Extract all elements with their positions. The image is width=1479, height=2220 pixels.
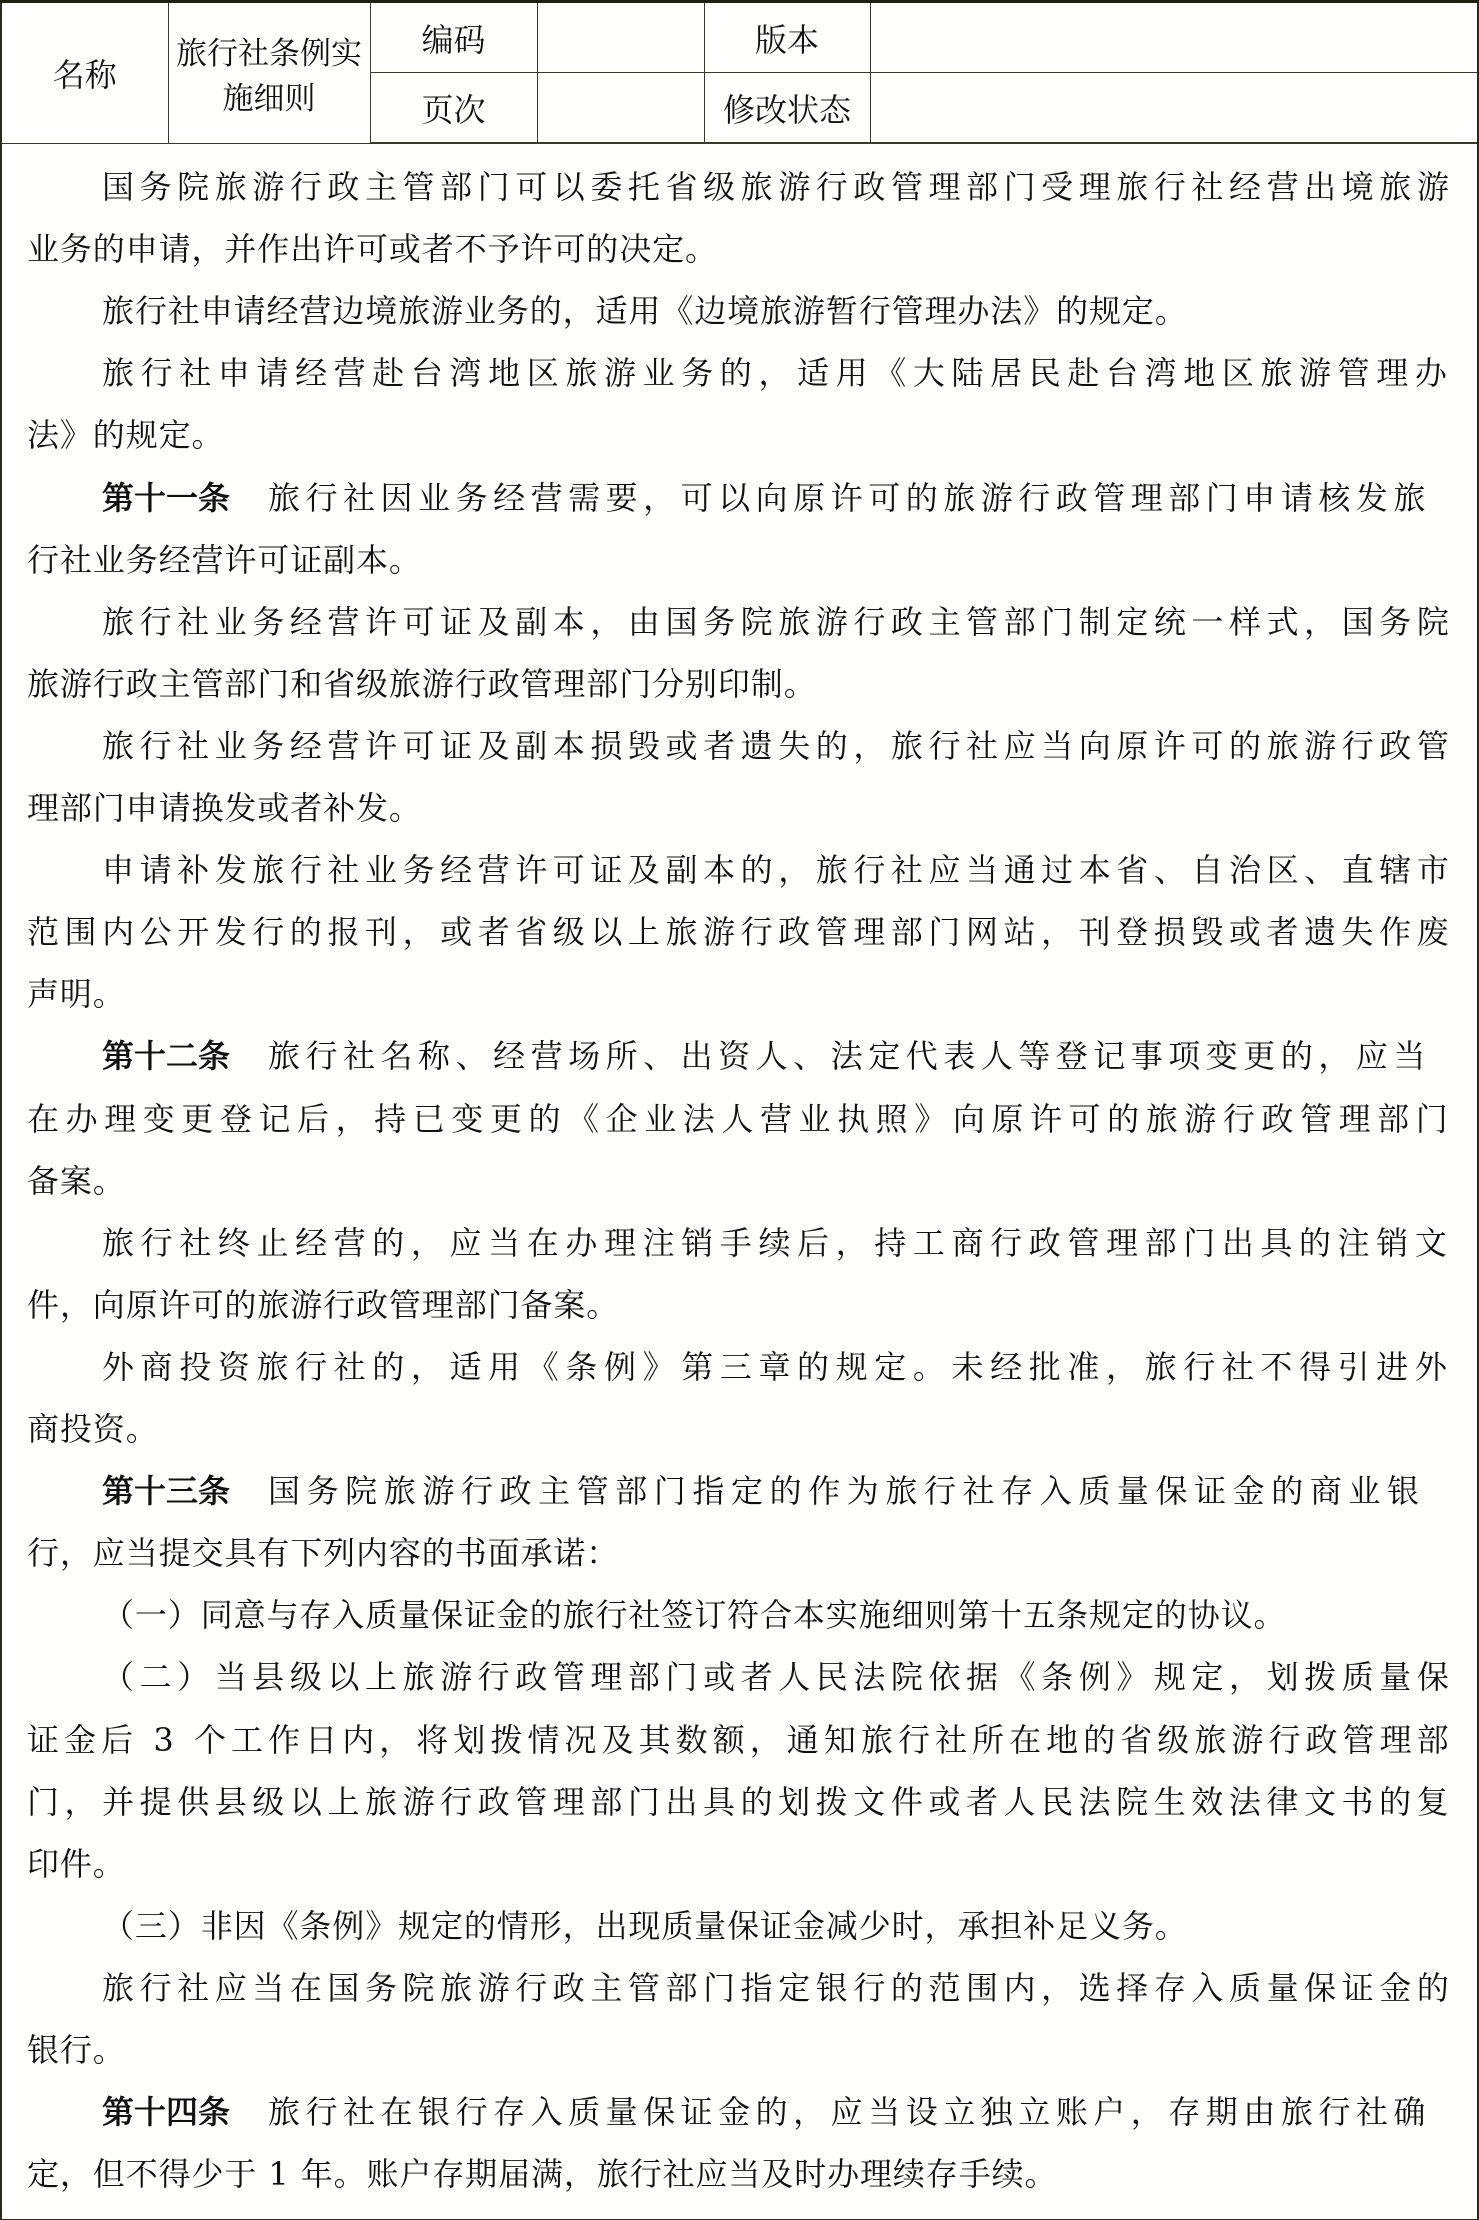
line-text: 商投资。 <box>27 1410 159 1448</box>
text-line: 旅行社终止经营的，应当在办理注销手续后，持工商行政管理部门出具的注销文 <box>102 1223 1454 1263</box>
text-line: （一）同意与存入质量保证金的旅行社签订符合本实施细则第十五条规定的协议。 <box>102 1595 1286 1635</box>
document-title: 旅行社条例实施细则 <box>168 3 370 143</box>
line-text: 声明。 <box>27 975 126 1013</box>
line-text: （一）同意与存入质量保证金的旅行社签订符合本实施细则第十五条规定的协议。 <box>102 1596 1286 1634</box>
text-line: 在办理变更登记后，持已变更的《企业法人营业执照》向原许可的旅游行政管理部门 <box>27 1099 1454 1139</box>
line-text: 旅行社因业务经营需要，可以向原许可的旅游行政管理部门申请核发旅 <box>268 479 1431 517</box>
line-text: 门，并提供县级以上旅游行政管理部门出具的划拨文件或者人民法院生效法律文书的复 <box>27 1783 1454 1821</box>
line-text: 银行。 <box>27 2031 126 2069</box>
document-page: 名称 旅行社条例实施细则 编码 版本 页次 修改状态 国务院旅游行政主管部门可以… <box>0 0 1479 2220</box>
article-line: 第十三条国务院旅游行政主管部门指定的作为旅行社存入质量保证金的商业银 <box>102 1471 1426 1511</box>
text-line: 申请补发旅行社业务经营许可证及副本的，旅行社应当通过本省、自治区、直辖市 <box>102 850 1454 890</box>
line-text: 业务的申请，并作出许可或者不予许可的决定。 <box>27 230 718 268</box>
line-text: 法》的规定。 <box>27 416 224 454</box>
article-line: 第十一条旅行社因业务经营需要，可以向原许可的旅游行政管理部门申请核发旅 <box>102 478 1431 518</box>
text-line: 印件。 <box>27 1844 126 1884</box>
line-text: 理部门申请换发或者补发。 <box>27 789 422 827</box>
line-text: 范围内公开发行的报刊，或者省级以上旅游行政管理部门网站，刊登损毁或者遗失作废 <box>27 913 1454 951</box>
line-text: 备案。 <box>27 1162 126 1200</box>
text-line: 范围内公开发行的报刊，或者省级以上旅游行政管理部门网站，刊登损毁或者遗失作废 <box>27 912 1454 952</box>
text-line: （三）非因《条例》规定的情形，出现质量保证金减少时，承担补足义务。 <box>102 1906 1188 1946</box>
article-number: 第十二条 <box>102 1037 230 1075</box>
page-label: 页次 <box>370 73 537 144</box>
text-line: （二）当县级以上旅游行政管理部门或者人民法院依据《条例》规定，划拨质量保 <box>102 1657 1454 1697</box>
text-line: 国务院旅游行政主管部门可以委托省级旅游行政管理部门受理旅行社经营出境旅游 <box>102 167 1454 207</box>
text-line: 外商投资旅行社的，适用《条例》第三章的规定。未经批准，旅行社不得引进外 <box>102 1347 1454 1387</box>
line-text: 旅行社在银行存入质量保证金的，应当设立独立账户，存期由旅行社确 <box>268 2093 1431 2131</box>
text-line: 旅行社应当在国务院旅游行政主管部门指定银行的范围内，选择存入质量保证金的 <box>102 1968 1454 2008</box>
text-line: 旅行社申请经营赴台湾地区旅游业务的，适用《大陆居民赴台湾地区旅游管理办 <box>102 353 1454 393</box>
article-number: 第十四条 <box>102 2093 230 2131</box>
version-value <box>870 3 1477 73</box>
line-text: 旅行社应当在国务院旅游行政主管部门指定银行的范围内，选择存入质量保证金的 <box>102 1969 1454 2007</box>
page-value <box>537 73 704 144</box>
text-line: 旅行社业务经营许可证及副本损毁或者遗失的，旅行社应当向原许可的旅游行政管 <box>102 726 1454 766</box>
text-line: 银行。 <box>27 2030 126 2070</box>
line-text: 旅行社业务经营许可证及副本损毁或者遗失的，旅行社应当向原许可的旅游行政管 <box>102 727 1454 765</box>
text-line: 法》的规定。 <box>27 415 224 455</box>
line-text: （三）非因《条例》规定的情形，出现质量保证金减少时，承担补足义务。 <box>102 1907 1188 1945</box>
line-text: 旅行社终止经营的，应当在办理注销手续后，持工商行政管理部门出具的注销文 <box>102 1224 1454 1262</box>
text-line: 件，向原许可的旅游行政管理部门备案。 <box>27 1285 619 1325</box>
line-text: 旅行社业务经营许可证及副本，由国务院旅游行政主管部门制定统一样式，国务院 <box>102 603 1454 641</box>
text-line: 业务的申请，并作出许可或者不予许可的决定。 <box>27 229 718 269</box>
text-line: 行，应当提交具有下列内容的书面承诺： <box>27 1533 619 1573</box>
article-number: 第十一条 <box>102 479 230 517</box>
text-line: 定，但不得少于 1 年。账户存期届满，旅行社应当及时办理续存手续。 <box>27 2154 1057 2194</box>
text-line: 备案。 <box>27 1161 126 1201</box>
line-text: 件，向原许可的旅游行政管理部门备案。 <box>27 1286 619 1324</box>
article-line: 第十二条旅行社名称、经营场所、出资人、法定代表人等登记事项变更的，应当 <box>102 1036 1431 1076</box>
line-text: 申请补发旅行社业务经营许可证及副本的，旅行社应当通过本省、自治区、直辖市 <box>102 851 1454 889</box>
text-line: 旅行社申请经营边境旅游业务的，适用《边境旅游暂行管理办法》的规定。 <box>102 291 1188 331</box>
line-text: 旅行社申请经营边境旅游业务的，适用《边境旅游暂行管理办法》的规定。 <box>102 292 1188 330</box>
text-line: 行社业务经营许可证副本。 <box>27 540 422 580</box>
text-line: 声明。 <box>27 974 126 1014</box>
revision-value <box>870 73 1477 144</box>
line-text: 在办理变更登记后，持已变更的《企业法人营业执照》向原许可的旅游行政管理部门 <box>27 1100 1454 1138</box>
version-label: 版本 <box>704 3 870 73</box>
revision-label: 修改状态 <box>704 73 870 144</box>
name-label: 名称 <box>2 3 168 143</box>
line-text: 定，但不得少于 1 年。账户存期届满，旅行社应当及时办理续存手续。 <box>27 2155 1057 2193</box>
text-line: 商投资。 <box>27 1409 159 1449</box>
text-line: 理部门申请换发或者补发。 <box>27 788 422 828</box>
code-value <box>537 3 704 73</box>
line-text: 旅游行政主管部门和省级旅游行政管理部门分别印制。 <box>27 665 817 703</box>
line-text: 旅行社名称、经营场所、出资人、法定代表人等登记事项变更的，应当 <box>268 1037 1431 1075</box>
text-line: 旅行社业务经营许可证及副本，由国务院旅游行政主管部门制定统一样式，国务院 <box>102 602 1454 642</box>
line-text: 旅行社申请经营赴台湾地区旅游业务的，适用《大陆居民赴台湾地区旅游管理办 <box>102 354 1454 392</box>
code-label: 编码 <box>370 3 537 73</box>
line-text: 印件。 <box>27 1845 126 1883</box>
text-line: 门，并提供县级以上旅游行政管理部门出具的划拨文件或者人民法院生效法律文书的复 <box>27 1782 1454 1822</box>
line-text: 外商投资旅行社的，适用《条例》第三章的规定。未经批准，旅行社不得引进外 <box>102 1348 1454 1386</box>
document-header-table: 名称 旅行社条例实施细则 编码 版本 页次 修改状态 <box>2 3 1477 144</box>
line-text: 行，应当提交具有下列内容的书面承诺： <box>27 1534 619 1572</box>
line-text: 国务院旅游行政主管部门指定的作为旅行社存入质量保证金的商业银 <box>268 1472 1426 1510</box>
line-text: 行社业务经营许可证副本。 <box>27 541 422 579</box>
article-number: 第十三条 <box>102 1472 230 1510</box>
line-text: 证金后 3 个工作日内，将划拨情况及其数额，通知旅行社所在地的省级旅游行政管理部 <box>27 1721 1454 1759</box>
article-line: 第十四条旅行社在银行存入质量保证金的，应当设立独立账户，存期由旅行社确 <box>102 2092 1431 2132</box>
line-text: （二）当县级以上旅游行政管理部门或者人民法院依据《条例》规定，划拨质量保 <box>102 1658 1454 1696</box>
text-line: 证金后 3 个工作日内，将划拨情况及其数额，通知旅行社所在地的省级旅游行政管理部 <box>27 1720 1454 1760</box>
line-text: 国务院旅游行政主管部门可以委托省级旅游行政管理部门受理旅行社经营出境旅游 <box>102 168 1454 206</box>
text-line: 旅游行政主管部门和省级旅游行政管理部门分别印制。 <box>27 664 817 704</box>
